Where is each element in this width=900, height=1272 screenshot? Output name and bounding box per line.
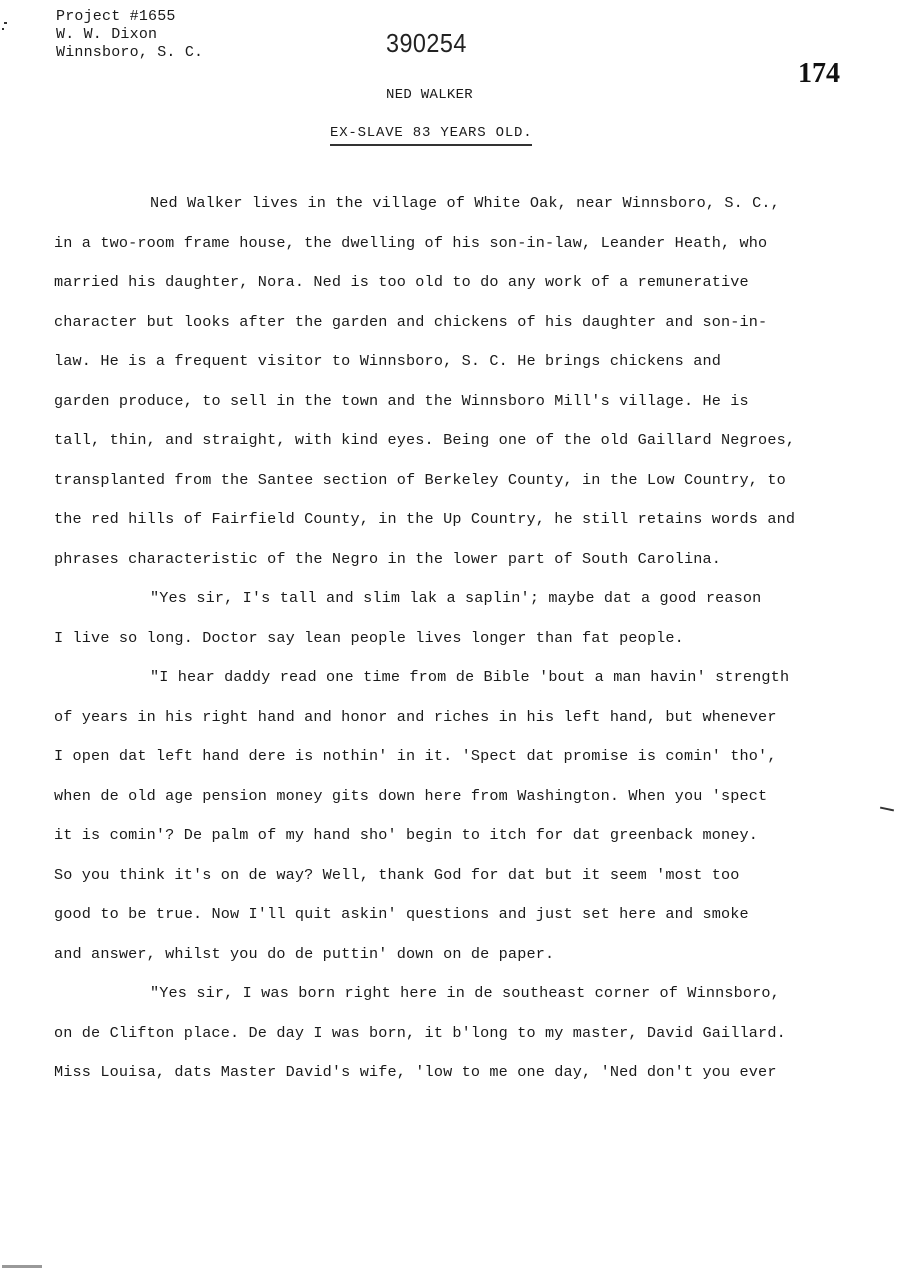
text-line: I open dat left hand dere is nothin' in …	[54, 737, 854, 777]
text-line: the red hills of Fairfield County, in th…	[54, 500, 854, 540]
scan-mark	[880, 807, 894, 812]
text-line: on de Clifton place. De day I was born, …	[54, 1014, 854, 1054]
scan-mark	[2, 1265, 42, 1268]
text-line: I live so long. Doctor say lean people l…	[54, 619, 854, 659]
text-line: So you think it's on de way? Well, thank…	[54, 856, 854, 896]
text-line: and answer, whilst you do de puttin' dow…	[54, 935, 854, 975]
document-title: NED WALKER	[386, 87, 473, 103]
text-line: law. He is a frequent visitor to Winnsbo…	[54, 342, 854, 382]
scan-mark	[4, 22, 7, 24]
document-subtitle: EX-SLAVE 83 YEARS OLD.	[330, 125, 532, 146]
text-line: transplanted from the Santee section of …	[54, 461, 854, 501]
text-line: phrases characteristic of the Negro in t…	[54, 540, 854, 580]
text-line: of years in his right hand and honor and…	[54, 698, 854, 738]
author-location: Winnsboro, S. C.	[56, 44, 203, 62]
text-line: in a two-room frame house, the dwelling …	[54, 224, 854, 264]
scan-mark	[2, 28, 4, 30]
text-line: good to be true. Now I'll quit askin' qu…	[54, 895, 854, 935]
project-number: Project #1655	[56, 8, 203, 26]
author-name: W. W. Dixon	[56, 26, 203, 44]
text-line: married his daughter, Nora. Ned is too o…	[54, 263, 854, 303]
text-line: tall, thin, and straight, with kind eyes…	[54, 421, 854, 461]
text-line: it is comin'? De palm of my hand sho' be…	[54, 816, 854, 856]
document-id-stamp: 390254	[386, 28, 467, 59]
text-line: Ned Walker lives in the village of White…	[54, 184, 854, 224]
body-text: Ned Walker lives in the village of White…	[54, 184, 854, 1093]
page-number: 174	[798, 58, 840, 90]
header-block: Project #1655 W. W. Dixon Winnsboro, S. …	[56, 8, 203, 62]
document-page: Project #1655 W. W. Dixon Winnsboro, S. …	[0, 0, 900, 1272]
text-line: garden produce, to sell in the town and …	[54, 382, 854, 422]
text-line: when de old age pension money gits down …	[54, 777, 854, 817]
text-line: "I hear daddy read one time from de Bibl…	[54, 658, 854, 698]
text-line: character but looks after the garden and…	[54, 303, 854, 343]
text-line: "Yes sir, I's tall and slim lak a saplin…	[54, 579, 854, 619]
text-line: Miss Louisa, dats Master David's wife, '…	[54, 1053, 854, 1093]
text-line: "Yes sir, I was born right here in de so…	[54, 974, 854, 1014]
